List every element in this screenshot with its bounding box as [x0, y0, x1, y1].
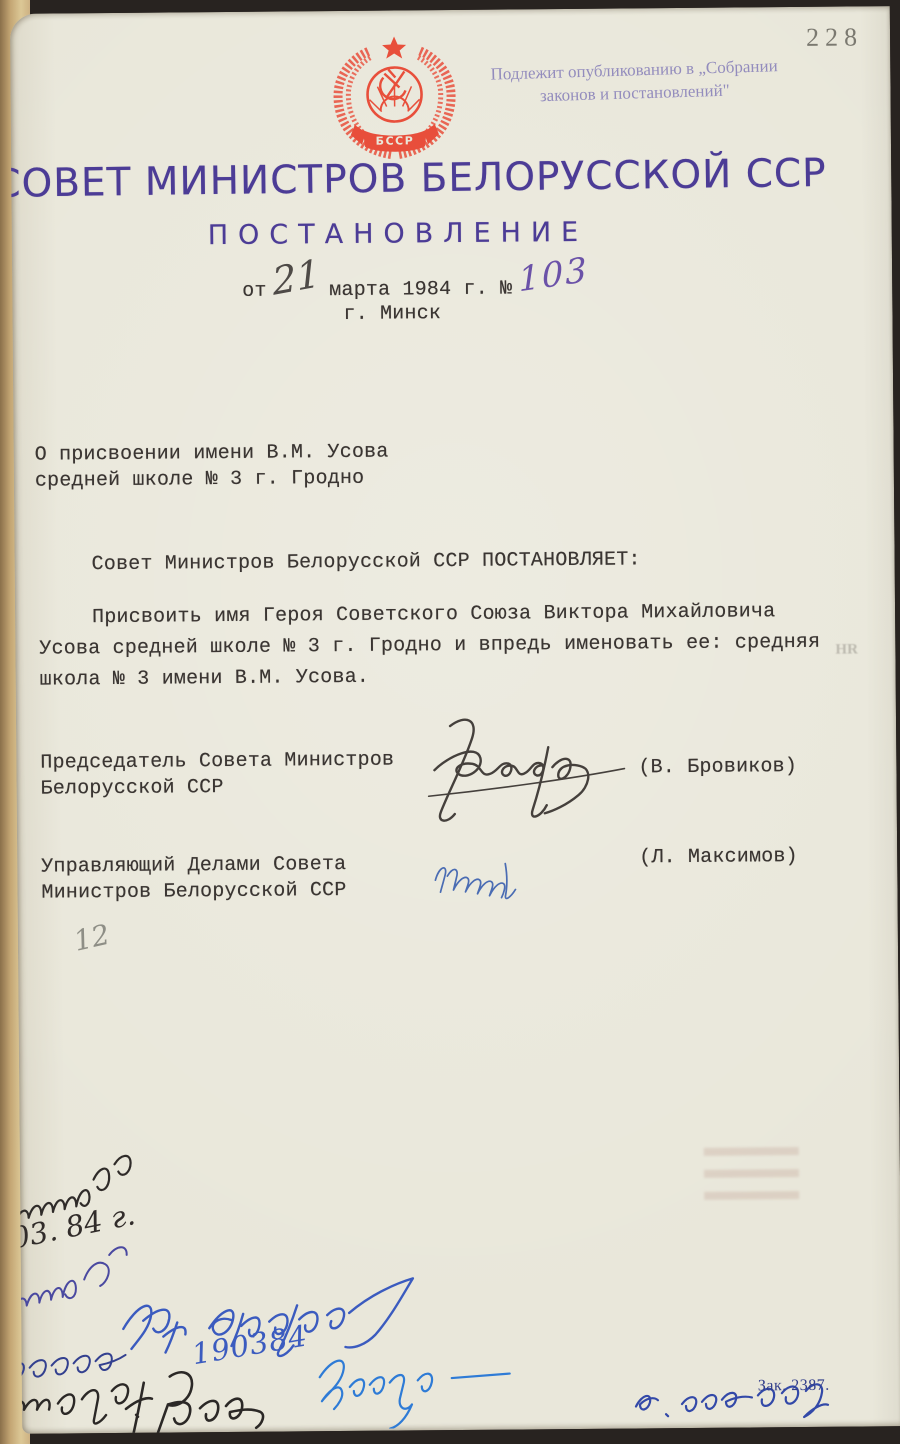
- signatory1-title-line1: Председатель Совета Министров: [40, 749, 394, 775]
- maksimov-autograph: [429, 851, 524, 902]
- pencil-number-note: 12: [71, 918, 113, 958]
- bleed-through-text: ЯН: [835, 641, 858, 658]
- page-number: 228: [806, 22, 863, 52]
- dateline-city: г. Минск: [343, 302, 441, 326]
- dateline-prefix: от: [242, 280, 267, 303]
- visa-signature-black-rin: [122, 1364, 283, 1434]
- print-order-number: Зак. 2387.: [758, 1377, 830, 1396]
- publication-stamp: Подлежит опубликованию в „Собрании закон…: [444, 53, 825, 110]
- bleed-through-smudge: [704, 1147, 800, 1206]
- handwritten-doc-number: 103: [518, 250, 590, 301]
- subject-line2: средней школе № 3 г. Гродно: [35, 467, 365, 493]
- org-title: СОВЕТ МИНИСТРОВ БЕЛОРУССКОЙ ССР: [10, 151, 827, 207]
- body-opening: Совет Министров Белорусской ССР ПОСТАНОВ…: [92, 548, 641, 576]
- subject-line1: О присвоении имени В.М. Усова: [35, 441, 389, 467]
- body-paragraph-line3: школа № 3 имени В.М. Усова.: [40, 666, 370, 692]
- signatory1-name: (В. Бровиков): [638, 755, 797, 779]
- bssr-coat-of-arms-icon: БССР: [324, 32, 465, 163]
- visa-signature-lightblue: [301, 1347, 547, 1429]
- body-paragraph-line1: Присвоить имя Героя Советского Союза Вик…: [92, 600, 775, 629]
- scanned-document-photo: { "document": { "page_number": "228", "p…: [0, 0, 900, 1444]
- signatory2-title-line2: Министров Белорусской ССР: [41, 879, 346, 905]
- handwritten-day: 21: [271, 251, 322, 304]
- signatory2-title-line1: Управляющий Делами Совета: [41, 853, 346, 879]
- body-paragraph-line2: Усова средней школе № 3 г. Гродно и впре…: [39, 631, 820, 661]
- signatory2-name: (Л. Максимов): [639, 845, 798, 869]
- doc-type-title: ПОСТАНОВЛЕНИЕ: [208, 217, 589, 251]
- dateline-middle: марта 1984 г. №: [329, 277, 512, 302]
- brovikov-autograph: [420, 710, 631, 827]
- document-page: 228 Подлежит опубликованию в „Собрании з…: [10, 6, 900, 1434]
- signatory1-title-line2: Белорусской ССР: [40, 776, 223, 801]
- red-star-icon: [382, 36, 406, 58]
- emblem-ribbon-label: БССР: [376, 134, 415, 147]
